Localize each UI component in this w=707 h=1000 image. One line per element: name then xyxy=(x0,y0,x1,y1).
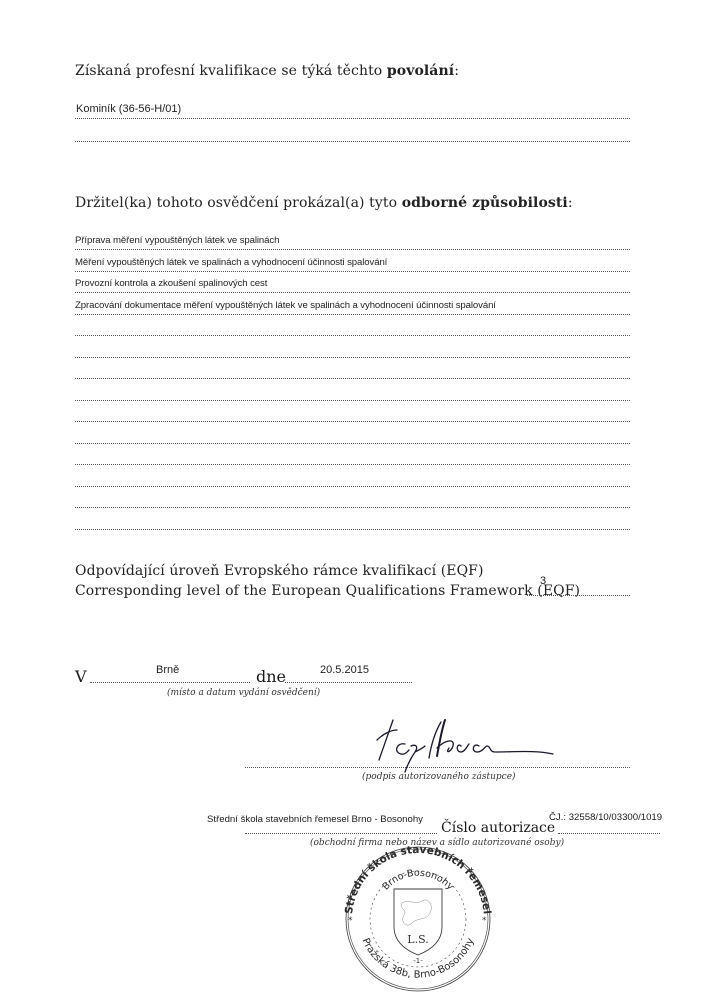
svg-text:*: * xyxy=(348,916,353,926)
authorized-person-name: Střední škola stavebních řemesel Brno - … xyxy=(207,814,423,825)
skill-line xyxy=(75,314,630,315)
skill-item: Zpracování dokumentace měření vypouštěný… xyxy=(75,300,496,311)
skill-line xyxy=(75,443,630,444)
skill-line xyxy=(75,400,630,401)
skill-line xyxy=(75,335,630,336)
date-prefix: dne xyxy=(256,667,286,686)
skill-line xyxy=(75,357,630,358)
skill-line xyxy=(75,271,630,272)
skill-line xyxy=(75,464,630,465)
svg-text:L.S.: L.S. xyxy=(407,933,428,946)
skills-heading: Držitel(ka) tohoto osvědčení prokázal(a)… xyxy=(75,195,573,211)
place-date-caption: (místo a datum vydání osvědčení) xyxy=(167,688,320,698)
skill-line xyxy=(75,529,630,530)
svg-text:Střední škola stavebních řemes: Střední škola stavebních řemesel xyxy=(343,845,493,915)
occupation-heading-colon: : xyxy=(454,63,459,79)
place-value: Brně xyxy=(156,664,179,676)
occupation-heading-text: Získaná profesní kvalifikace se týká těc… xyxy=(75,63,387,79)
skills-heading-text: Držitel(ka) tohoto osvědčení prokázal(a)… xyxy=(75,195,402,211)
signature-caption: (podpis autorizovaného zástupce) xyxy=(362,772,516,782)
place-prefix: V xyxy=(75,667,87,686)
skills-heading-bold: odborné způsobilosti xyxy=(402,195,568,211)
date-value: 20.5.2015 xyxy=(320,664,369,676)
occupation-value: Kominík (36-56-H/01) xyxy=(76,103,181,115)
skill-line xyxy=(75,249,630,250)
place-line xyxy=(90,682,250,683)
skill-line xyxy=(75,421,630,422)
skill-item: Příprava měření vypouštěných látek ve sp… xyxy=(75,235,279,246)
occupation-heading: Získaná profesní kvalifikace se týká těc… xyxy=(75,63,459,79)
svg-text:*: * xyxy=(482,916,487,926)
official-stamp: Střední škola stavebních řemesel Brno-Bo… xyxy=(338,845,498,993)
skills-heading-colon: : xyxy=(568,195,573,211)
authorized-person-line xyxy=(245,833,437,834)
occupation-line-1 xyxy=(75,118,630,119)
authorization-number-line xyxy=(558,833,660,834)
eqf-level-value: 3 xyxy=(540,575,546,587)
skill-line xyxy=(75,507,630,508)
date-line xyxy=(285,682,412,683)
signature-image xyxy=(375,712,575,774)
svg-text:-1-: -1- xyxy=(413,957,423,965)
signature-line xyxy=(245,767,630,768)
occupation-heading-bold: povolání xyxy=(387,63,454,79)
authorization-label: Číslo autorizace xyxy=(441,820,555,836)
occupation-line-2 xyxy=(75,141,630,142)
authorization-number: ČJ.: 32558/10/03300/1019 xyxy=(549,812,662,823)
skill-line xyxy=(75,292,630,293)
eqf-label-cs: Odpovídající úroveň Evropského rámce kva… xyxy=(75,563,484,579)
eqf-label-en: Corresponding level of the European Qual… xyxy=(75,583,580,599)
eqf-level-line xyxy=(527,595,630,596)
skill-item: Měření vypouštěných látek ve spalinách a… xyxy=(75,257,387,268)
skill-line xyxy=(75,486,630,487)
skill-line xyxy=(75,378,630,379)
skill-item: Provozní kontrola a zkoušení spalinových… xyxy=(75,278,267,289)
